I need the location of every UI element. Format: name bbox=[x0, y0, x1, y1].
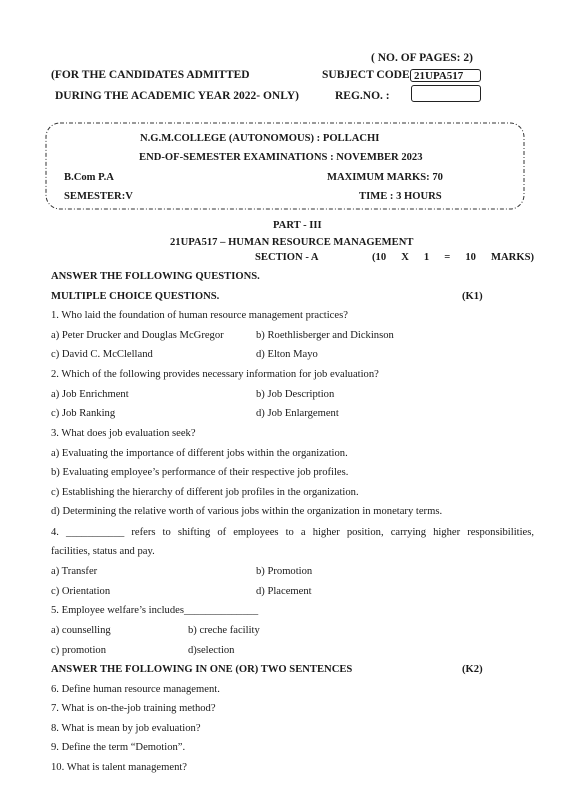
exam-time: TIME : 3 HOURS bbox=[359, 191, 442, 202]
course-name: B.Com P.A bbox=[64, 172, 114, 183]
part-label: PART - III bbox=[273, 220, 322, 231]
marks-part: 10 bbox=[465, 252, 476, 263]
q5-option-b: b) creche facility bbox=[188, 625, 260, 636]
question-9: 9. Define the term “Demotion”. bbox=[51, 742, 185, 753]
subject-code-label: SUBJECT CODE bbox=[322, 69, 410, 81]
q2-option-a: a) Job Enrichment bbox=[51, 389, 129, 400]
q4-option-b: b) Promotion bbox=[256, 566, 312, 577]
q3-option-c: c) Establishing the hierarchy of differe… bbox=[51, 487, 359, 498]
page-count: ( NO. OF PAGES: 2) bbox=[371, 52, 473, 64]
q5-option-a: a) counselling bbox=[51, 625, 111, 636]
q4-option-a: a) Transfer bbox=[51, 566, 97, 577]
question-4-line2: facilities, status and pay. bbox=[51, 546, 155, 557]
q2-option-d: d) Job Enlargement bbox=[256, 408, 339, 419]
candidates-admitted-line1: (FOR THE CANDIDATES ADMITTED bbox=[51, 69, 250, 81]
question-6: 6. Define human resource management. bbox=[51, 684, 220, 695]
q1-option-a: a) Peter Drucker and Douglas McGregor bbox=[51, 330, 224, 341]
section-marks: (10 X 1 = 10 MARKS) bbox=[372, 252, 534, 263]
exam-title: END-OF-SEMESTER EXAMINATIONS : NOVEMBER … bbox=[139, 152, 423, 163]
question-4-line1: 4. ___________ refers to shifting of emp… bbox=[51, 527, 534, 538]
short-knowledge-level: (K2) bbox=[462, 664, 483, 675]
reg-no-label: REG.NO. : bbox=[335, 90, 390, 102]
q2-option-c: c) Job Ranking bbox=[51, 408, 115, 419]
question-10: 10. What is talent management? bbox=[51, 762, 187, 773]
reg-no-field[interactable] bbox=[411, 85, 481, 102]
marks-part: = bbox=[444, 252, 450, 263]
instruction-answer-following: ANSWER THE FOLLOWING QUESTIONS. bbox=[51, 271, 260, 282]
section-label: SECTION - A bbox=[255, 252, 319, 263]
q3-option-d: d) Determining the relative worth of var… bbox=[51, 506, 442, 517]
instruction-short-answers: ANSWER THE FOLLOWING IN ONE (OR) TWO SEN… bbox=[51, 664, 352, 675]
question-5: 5. Employee welfare’s includes__________… bbox=[51, 605, 258, 616]
q4-option-d: d) Placement bbox=[256, 586, 312, 597]
q3-option-a: a) Evaluating the importance of differen… bbox=[51, 448, 348, 459]
subject-code-field: 21UPA517 bbox=[410, 69, 481, 82]
instruction-mcq: MULTIPLE CHOICE QUESTIONS. bbox=[51, 291, 219, 302]
q3-option-b: b) Evaluating employee’s performance of … bbox=[51, 467, 348, 478]
question-1: 1. Who laid the foundation of human reso… bbox=[51, 310, 348, 321]
question-7: 7. What is on-the-job training method? bbox=[51, 703, 216, 714]
marks-part: X bbox=[401, 252, 409, 263]
semester: SEMESTER:V bbox=[64, 191, 133, 202]
max-marks: MAXIMUM MARKS: 70 bbox=[327, 172, 443, 183]
q1-option-c: c) David C. McClelland bbox=[51, 349, 153, 360]
q5-option-d: d)selection bbox=[188, 645, 234, 656]
q4-option-c: c) Orientation bbox=[51, 586, 110, 597]
question-8: 8. What is mean by job evaluation? bbox=[51, 723, 201, 734]
mcq-knowledge-level: (K1) bbox=[462, 291, 483, 302]
marks-part: (10 bbox=[372, 252, 386, 263]
marks-part: 1 bbox=[424, 252, 429, 263]
q5-option-c: c) promotion bbox=[51, 645, 106, 656]
q1-option-b: b) Roethlisberger and Dickinson bbox=[256, 330, 394, 341]
candidates-admitted-line2: DURING THE ACADEMIC YEAR 2022- ONLY) bbox=[55, 90, 299, 102]
paper-title: 21UPA517 – HUMAN RESOURCE MANAGEMENT bbox=[170, 237, 413, 248]
question-2: 2. Which of the following provides neces… bbox=[51, 369, 379, 380]
q2-option-b: b) Job Description bbox=[256, 389, 334, 400]
q1-option-d: d) Elton Mayo bbox=[256, 349, 318, 360]
marks-part: MARKS) bbox=[491, 252, 534, 263]
question-3: 3. What does job evaluation seek? bbox=[51, 428, 196, 439]
college-name: N.G.M.COLLEGE (AUTONOMOUS) : POLLACHI bbox=[140, 133, 379, 144]
